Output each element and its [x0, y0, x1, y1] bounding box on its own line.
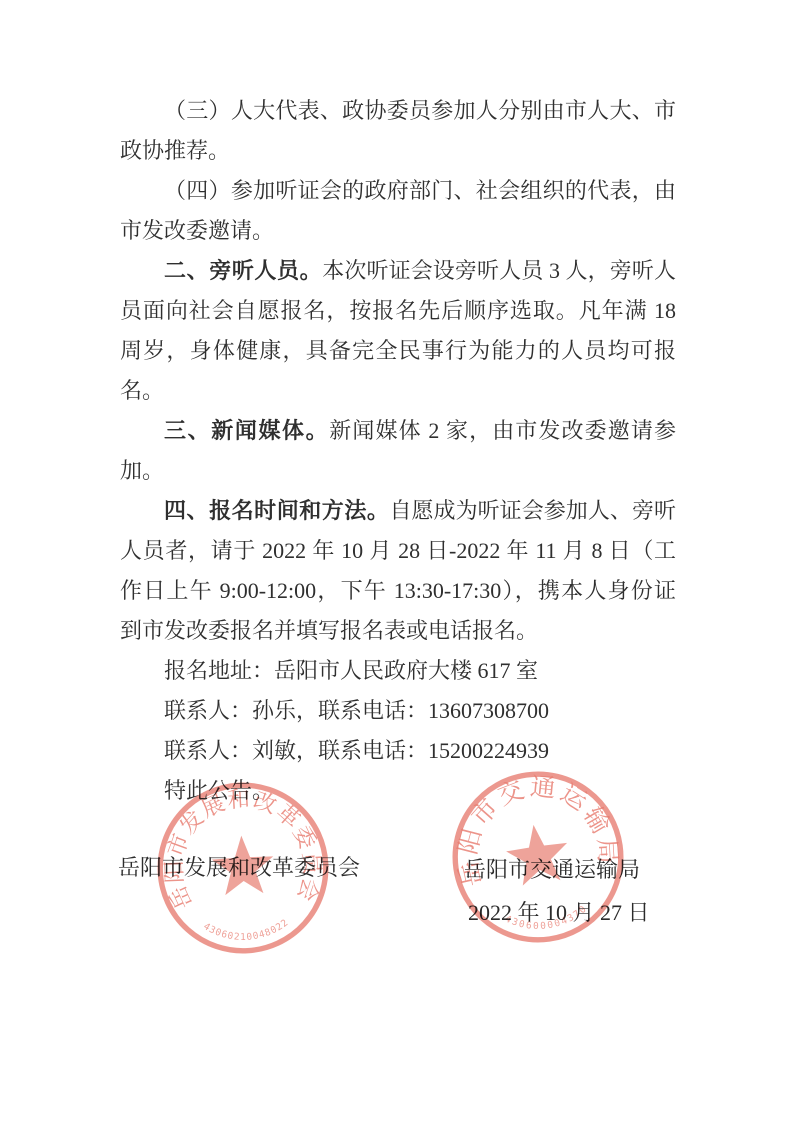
- paragraph-item-4: （四）参加听证会的政府部门、社会组织的代表，由市发改委邀请。: [120, 171, 676, 251]
- document-page: （三）人大代表、政协委员参加人分别由市人大、市政协推荐。 （四）参加听证会的政府…: [0, 0, 793, 1121]
- seal-graphic: 岳阳市发展和改革委员会 43060210048022: [156, 781, 330, 955]
- paragraph-contact-2: 联系人：刘敏，联系电话：15200224939: [120, 731, 676, 771]
- paragraph-address: 报名地址：岳阳市人民政府大楼 617 室: [120, 651, 676, 691]
- document-body: （三）人大代表、政协委员参加人分别由市人大、市政协推荐。 （四）参加听证会的政府…: [120, 91, 676, 811]
- star-icon: [503, 821, 572, 888]
- text-run: 联系人：刘敏，联系电话：15200224939: [164, 738, 549, 763]
- paragraph-signup-method: 四、报名时间和方法。自愿成为听证会参加人、旁听人员者，请于 2022 年 10 …: [120, 491, 676, 651]
- section-heading: 三、新闻媒体。: [164, 418, 329, 443]
- paragraph-media: 三、新闻媒体。新闻媒体 2 家，由市发改委邀请参加。: [120, 411, 676, 491]
- left-official-seal: 岳阳市发展和改革委员会 43060210048022: [153, 778, 333, 958]
- section-heading: 二、旁听人员。: [164, 258, 322, 283]
- text-run: （三）人大代表、政协委员参加人分别由市人大、市政协推荐。: [120, 98, 676, 163]
- paragraph-contact-1: 联系人：孙乐，联系电话：13607308700: [120, 691, 676, 731]
- text-run: 报名地址：岳阳市人民政府大楼 617 室: [164, 658, 538, 683]
- text-run: （四）参加听证会的政府部门、社会组织的代表，由市发改委邀请。: [120, 178, 676, 243]
- text-run: 联系人：孙乐，联系电话：13607308700: [164, 698, 549, 723]
- section-heading: 四、报名时间和方法。: [164, 498, 389, 523]
- star-icon: [211, 834, 276, 896]
- right-official-seal: 岳阳市交通运输局 430600004370: [448, 767, 628, 947]
- paragraph-item-3: （三）人大代表、政协委员参加人分别由市人大、市政协推荐。: [120, 91, 676, 171]
- paragraph-audience: 二、旁听人员。本次听证会设旁听人员 3 人，旁听人员面向社会自愿报名，按报名先后…: [120, 251, 676, 411]
- seal-graphic: 岳阳市交通运输局 430600004370: [448, 767, 628, 947]
